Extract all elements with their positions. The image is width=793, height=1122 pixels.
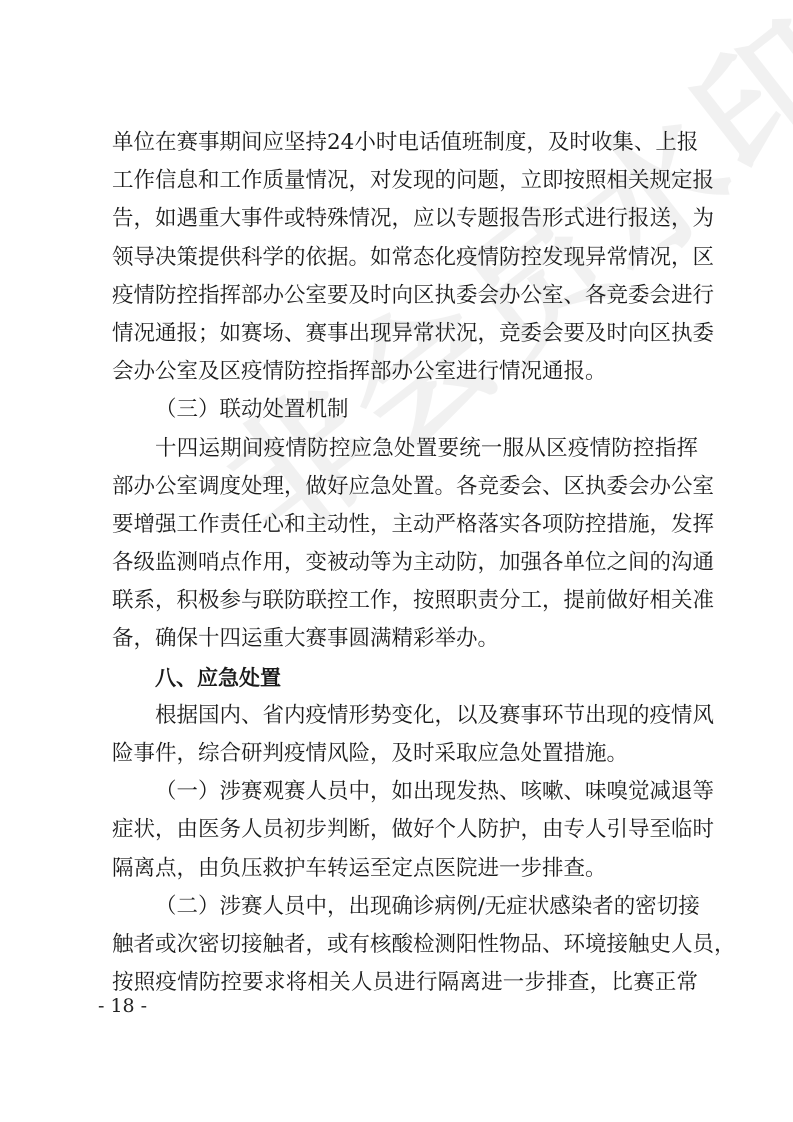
text-line: 疫情防控指挥部办公室要及时向区执委会办公室、各竞委会进行 [112,277,698,315]
text-line: 按照疫情防控要求将相关人员进行隔离进一步排查，比赛正常 [112,964,698,1002]
text-line: 会办公室及区疫情防控指挥部办公室进行情况通报。 [112,353,698,391]
text-line: 险事件，综合研判疫情风险，及时采取应急处置措施。 [112,735,698,773]
text-line: 单位在赛事期间应坚持24小时电话值班制度，及时收集、上报 [112,124,698,162]
text-line: （二）涉赛人员中，出现确诊病例/无症状感染者的密切接 [112,888,698,926]
text-line: 告，如遇重大事件或特殊情况，应以专题报告形式进行报送，为 [112,200,698,238]
section-heading-emergency: 八、应急处置 [112,659,698,697]
paragraph-item-one: （一）涉赛观赛人员中，如出现发热、咳嗽、味嗅觉减退等 症状，由医务人员初步判断，… [112,773,698,888]
subheading-linkage-mechanism: （三）联动处置机制 [112,391,698,429]
page-content: 单位在赛事期间应坚持24小时电话值班制度，及时收集、上报 工作信息和工作质量情况… [112,124,698,1002]
text-line: 十四运期间疫情防控应急处置要统一服从区疫情防控指挥 [112,430,698,468]
text-line: 隔离点，由负压救护车转运至定点医院进一步排查。 [112,850,698,888]
paragraph-item-two: （二）涉赛人员中，出现确诊病例/无症状感染者的密切接 触者或次密切接触者，或有核… [112,888,698,1003]
text-line: 各级监测哨点作用，变被动等为主动防，加强各单位之间的沟通 [112,544,698,582]
text-line: 情况通报；如赛场、赛事出现异常状况，竞委会要及时向区执委 [112,315,698,353]
page-number: - 18 - [98,995,147,1017]
text-line: 要增强工作责任心和主动性，主动严格落实各项防控措施，发挥 [112,506,698,544]
paragraph-emergency-intro: 根据国内、省内疫情形势变化，以及赛事环节出现的疫情风 险事件，综合研判疫情风险，… [112,697,698,773]
text-line: 症状，由医务人员初步判断，做好个人防护，由专人引导至临时 [112,811,698,849]
paragraph-reporting: 单位在赛事期间应坚持24小时电话值班制度，及时收集、上报 工作信息和工作质量情况… [112,124,698,391]
text-line: 备，确保十四运重大赛事圆满精彩举办。 [112,620,698,658]
paragraph-linkage: 十四运期间疫情防控应急处置要统一服从区疫情防控指挥 部办公室调度处理，做好应急处… [112,430,698,659]
text-line: 联系，积极参与联防联控工作，按照职责分工，提前做好相关准 [112,582,698,620]
text-line: 工作信息和工作质量情况，对发现的问题，立即按照相关规定报 [112,162,698,200]
document-page: 非会员水印 单位在赛事期间应坚持24小时电话值班制度，及时收集、上报 工作信息和… [0,0,793,1122]
text-line: 领导决策提供科学的依据。如常态化疫情防控发现异常情况，区 [112,239,698,277]
text-line: 部办公室调度处理，做好应急处置。各竞委会、区执委会办公室 [112,468,698,506]
text-line: 触者或次密切接触者，或有核酸检测阳性物品、环境接触史人员， [112,926,698,964]
text-line: （一）涉赛观赛人员中，如出现发热、咳嗽、味嗅觉减退等 [112,773,698,811]
text-line: 根据国内、省内疫情形势变化，以及赛事环节出现的疫情风 [112,697,698,735]
